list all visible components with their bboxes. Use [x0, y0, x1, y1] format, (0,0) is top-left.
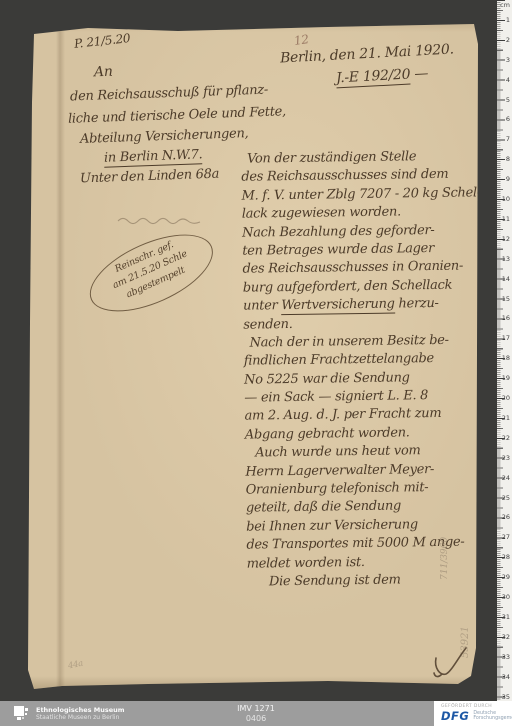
ruler-cm-label: 15: [502, 295, 510, 303]
ruler-cm-label: 26: [502, 513, 510, 521]
ruler-cm-label: 11: [502, 215, 510, 223]
ruler-cm-label: 34: [502, 673, 510, 681]
journal-dash: —: [414, 66, 429, 83]
ruler-cm-label: 14: [502, 275, 510, 283]
ruler-cm-label: 16: [502, 314, 510, 322]
ruler-cm-label: 27: [502, 533, 510, 541]
address-line-city: in Berlin N.W.7.: [104, 147, 203, 167]
journal-number-text: J.-E 192/20: [336, 67, 411, 89]
ruler-cm-label: 25: [502, 494, 510, 502]
ruler-cm-label: 21: [502, 414, 510, 422]
address-line-an: An: [94, 64, 113, 81]
ruler-cm-label: 5: [506, 96, 510, 104]
document-page: P. 21/5.20 12 Berlin, den 21. Mai 1920. …: [28, 22, 478, 690]
ruler-cm-label: 23: [502, 454, 510, 462]
ruler-cm-label: 8: [506, 155, 510, 163]
ruler-cm-label: 6: [506, 115, 510, 123]
ruler-cm-label: 35: [502, 693, 510, 701]
address-line: liche und tierische Oele und Fette,: [68, 104, 286, 127]
ruler-cm-label: 13: [502, 255, 510, 263]
ruler-cm-label: 28: [502, 553, 510, 561]
body-text: unter: [243, 298, 281, 314]
ruler: cm 1234567891011121314151617181920212223…: [497, 0, 512, 701]
ruler-cm-label: 19: [502, 374, 510, 382]
body-text: herzu-: [395, 296, 439, 312]
ruler-cm-label: 4: [506, 76, 510, 84]
pencil-page-number: 12: [293, 32, 309, 48]
dfg-logo: DFG: [441, 709, 469, 723]
scan-viewer: P. 21/5.20 12 Berlin, den 21. Mai 1920. …: [0, 0, 512, 726]
ruler-cm-label: 2: [506, 36, 510, 44]
funding-note: Gefördert durch: [441, 704, 492, 709]
footer-bar: Ethnologisches Museum Staatliche Museen …: [0, 701, 512, 726]
ruler-cm-label: 1: [506, 16, 510, 24]
ruler-cm-label: 32: [502, 633, 510, 641]
letter-body: Von der zuständigen Stelle des Reichsaus…: [241, 148, 485, 593]
journal-number: J.-E 192/20 —: [336, 66, 429, 87]
ruler-cm-label: 30: [502, 593, 510, 601]
funding-block: Gefördert durch DFG Deutsche Forschungsg…: [434, 701, 512, 726]
ruler-cm-label: 20: [502, 394, 510, 402]
ruler-cm-label: 7: [506, 135, 510, 143]
dfg-name-line: Forschungsgemeinschaft: [473, 716, 512, 722]
ruler-cm-label: 3: [506, 56, 510, 64]
ruler-cm-label: 31: [502, 613, 510, 621]
address-line: den Reichsausschuß für pflanz-: [70, 83, 268, 105]
ruler-cm-label: 22: [502, 434, 510, 442]
address-line-street: Unter den Linden 68a: [80, 167, 220, 187]
ruler-cm-label: 18: [502, 354, 510, 362]
ruler-unit-label: cm: [500, 1, 510, 9]
oval-stamp: Reinschr. gef. am 21.5.20 Schle abgestem…: [72, 202, 235, 345]
ruler-cm-label: 29: [502, 573, 510, 581]
underlined-word: Wertversicherung: [281, 297, 395, 316]
ruler-cm-label: 33: [502, 653, 510, 661]
margin-annotation-right: 711/3960: [440, 537, 450, 580]
ruler-cm-label: 12: [502, 235, 510, 243]
ruler-cm-label: 17: [502, 334, 510, 342]
ruler-cm-label: 9: [506, 175, 510, 183]
ruler-cm-label: 24: [502, 474, 510, 482]
pencil-mark-bottom-left: 44a: [67, 659, 84, 672]
paraph-check-mark: [432, 644, 478, 684]
address-line: Abteilung Versicherungen,: [80, 126, 249, 147]
ref-note: P. 21/5.20: [73, 31, 130, 51]
ruler-cm-label: 10: [502, 195, 510, 203]
